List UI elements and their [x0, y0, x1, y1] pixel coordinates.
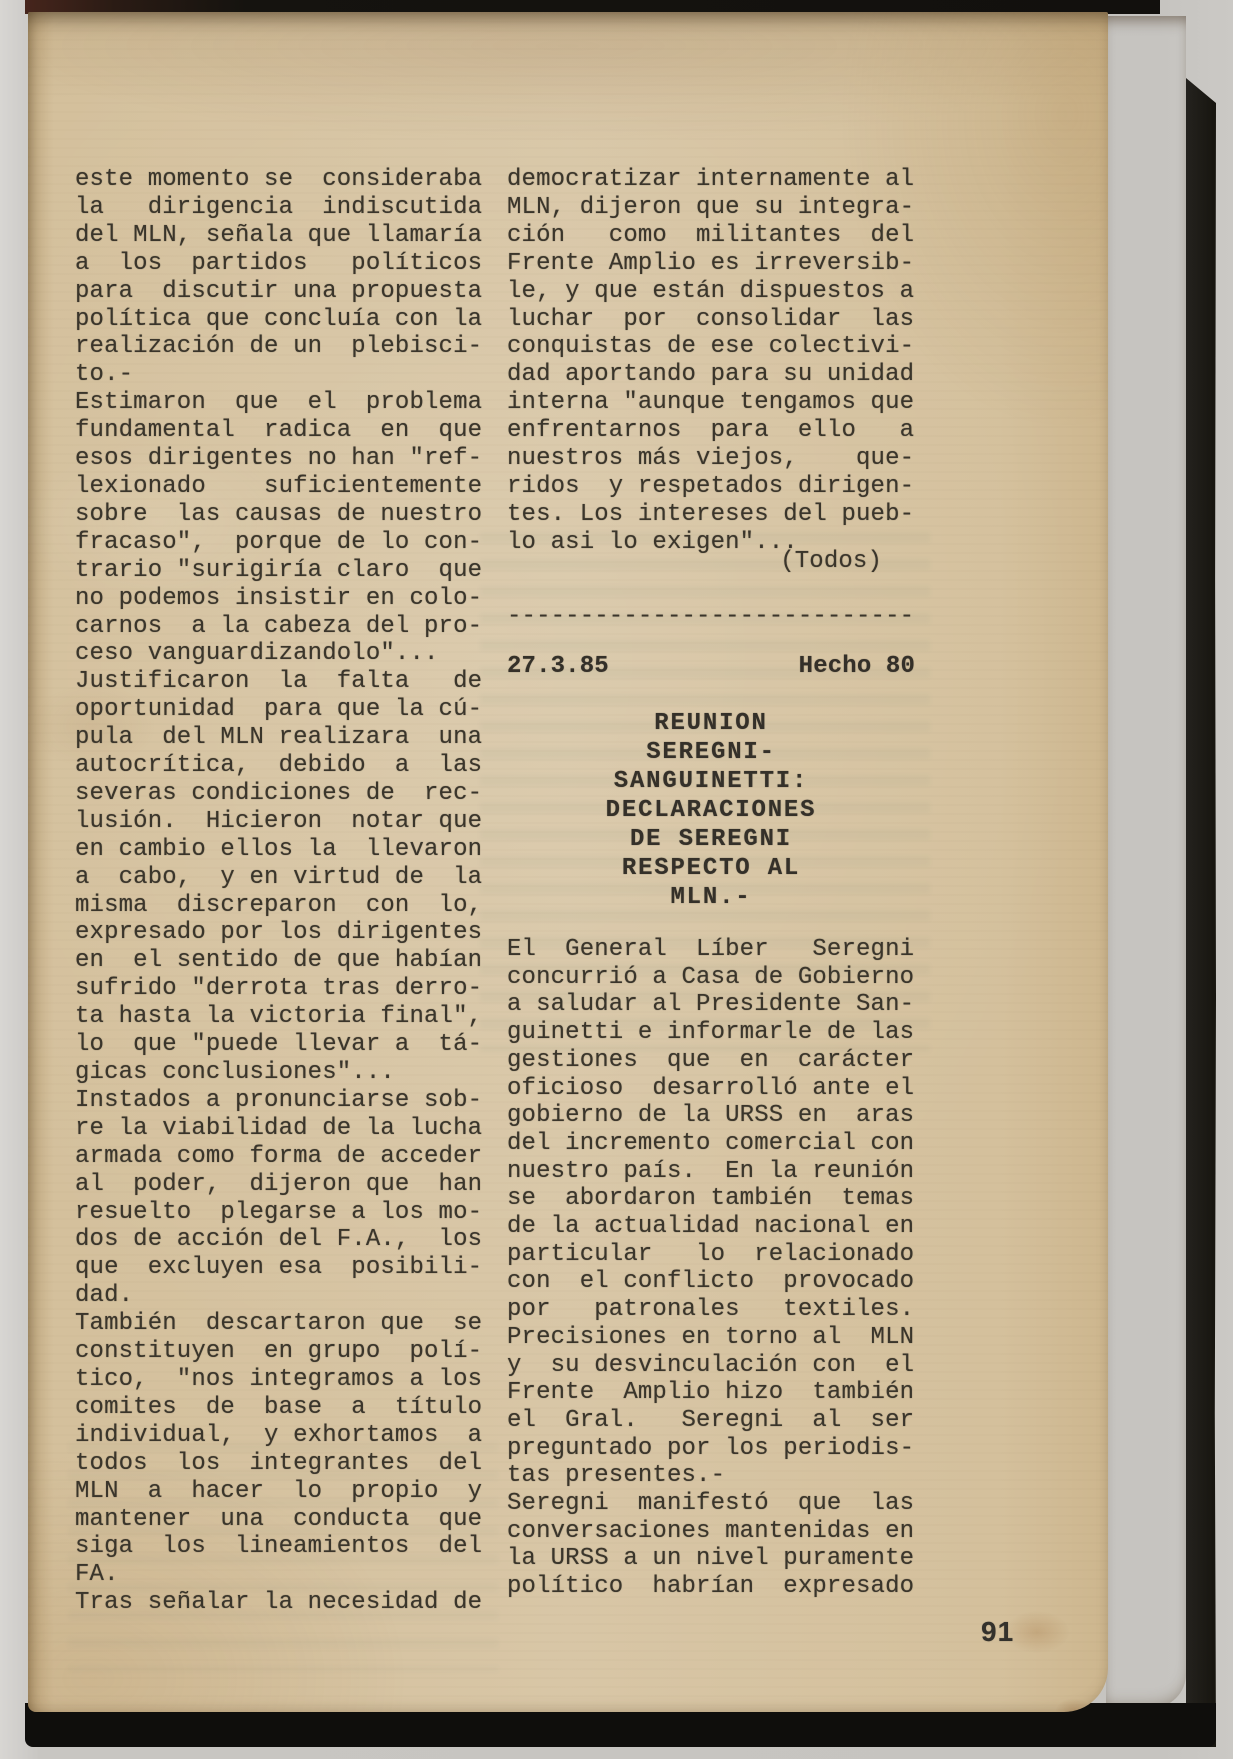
heading-line: MLN.- [507, 883, 915, 912]
typewritten-line: sufrido "derrota tras derro- [75, 975, 482, 1003]
typewritten-line: fundamental radica en que [75, 417, 482, 445]
scanner-bed-background: este momento se considerabala dirigencia… [0, 0, 1233, 1759]
book-page-edge-stack [1106, 16, 1186, 1708]
typewritten-line: la dirigencia indiscutida [75, 194, 482, 222]
typewritten-line: política que concluía con la [75, 306, 482, 334]
typewritten-line: MLN a hacer lo propio y [75, 1478, 482, 1506]
typewritten-line: tes. Los intereses del pueb- [507, 501, 914, 529]
typewritten-line: guinetti e informarle de las [507, 1019, 914, 1047]
entry-reference: Hecho 80 [799, 653, 915, 681]
heading-line: DECLARACIONES [507, 796, 915, 825]
typewritten-line: tico, "nos integramos a los [75, 1366, 482, 1394]
typewritten-line: esos dirigentes no han "ref- [75, 445, 482, 473]
typewritten-line: preguntado por los periodis- [507, 1435, 914, 1463]
typewritten-line: Frente Amplio hizo también [507, 1379, 914, 1407]
typewritten-line: a saludar al Presidente San- [507, 991, 914, 1019]
typewritten-line: ción como militantes del [507, 222, 914, 250]
typewritten-line: to.- [75, 361, 482, 389]
entry-date: 27.3.85 [507, 653, 609, 681]
typewritten-line: lo que "puede llevar a tá- [75, 1031, 482, 1059]
typewritten-line: la URSS a un nivel puramente [507, 1545, 914, 1573]
typewritten-line: gicas conclusiones"... [75, 1059, 482, 1087]
typewritten-line: Estimaron que el problema [75, 389, 482, 417]
typewritten-line: Frente Amplio es irreversib- [507, 250, 914, 278]
typewritten-line: ceso vanguardizandolo"... [75, 640, 482, 668]
typewritten-line: También descartaron que se [75, 1310, 482, 1338]
typewritten-line: gobierno de la URSS en aras [507, 1102, 914, 1130]
typewritten-line: lusión. Hicieron notar que [75, 808, 482, 836]
typewritten-line: El General Líber Seregni [507, 936, 914, 964]
dashed-separator: ---------------------------- [507, 603, 914, 631]
source-attribution: (Todos) [780, 548, 882, 576]
typewritten-line: Instados a pronunciarse sob- [75, 1087, 482, 1115]
typewritten-line: comites de base a título [75, 1394, 482, 1422]
typewritten-line: el Gral. Seregni al ser [507, 1407, 914, 1435]
typewritten-line: democratizar internamente al [507, 166, 914, 194]
typewritten-line: oficioso desarrolló ante el [507, 1075, 914, 1103]
page-number: 91 [981, 1616, 1014, 1648]
typewritten-line: mantener una conducta que [75, 1506, 482, 1534]
typewritten-line: sobre las causas de nuestro [75, 501, 482, 529]
heading-line: SEREGNI- [507, 738, 915, 767]
typewritten-line: para discutir una propuesta [75, 278, 482, 306]
heading-line: SANGUINETTI: [507, 767, 915, 796]
typewritten-line: al poder, dijeron que han [75, 1171, 482, 1199]
typewritten-line: todos los integrantes del [75, 1450, 482, 1478]
typewritten-line: conversaciones mantenidas en [507, 1518, 914, 1546]
typewritten-line: del MLN, señala que llamaría [75, 222, 482, 250]
typewritten-line: carnos a la cabeza del pro- [75, 613, 482, 641]
typewritten-line: del incremento comercial con [507, 1130, 914, 1158]
typewritten-line: particular lo relacionado [507, 1241, 914, 1269]
typewritten-line: expresado por los dirigentes [75, 919, 482, 947]
typewritten-line: este momento se consideraba [75, 166, 482, 194]
typewritten-line: nuestro país. En la reunión [507, 1158, 914, 1186]
typewritten-line: en cambio ellos la llevaron [75, 836, 482, 864]
typewritten-line: ta hasta la victoria final", [75, 1003, 482, 1031]
typewritten-line: autocrítica, debido a las [75, 752, 482, 780]
dateline: 27.3.85 Hecho 80 [507, 653, 915, 681]
document-page: este momento se considerabala dirigencia… [28, 12, 1108, 1712]
typewritten-line: a cabo, y en virtud de la [75, 864, 482, 892]
typewritten-line: dos de acción del F.A., los [75, 1226, 482, 1254]
typewritten-line: fracaso", porque de lo con- [75, 529, 482, 557]
typewritten-line: por patronales textiles. [507, 1296, 914, 1324]
typewritten-line: FA. [75, 1561, 482, 1589]
article-heading: REUNIONSEREGNI-SANGUINETTI:DECLARACIONES… [507, 709, 915, 912]
typewritten-line: Precisiones en torno al MLN [507, 1324, 914, 1352]
paragraph-seregni-sanguinetti: El General Líber Seregniconcurrió a Casa… [507, 936, 914, 1601]
typewritten-line: pula del MLN realizara una [75, 724, 482, 752]
typewritten-line: severas condiciones de rec- [75, 780, 482, 808]
typewritten-line: MLN, dijeron que su integra- [507, 194, 914, 222]
typewritten-line: le, y que están dispuestos a [507, 278, 914, 306]
typewritten-line: oportunidad para que la cú- [75, 696, 482, 724]
paragraph-mln-integration: democratizar internamente alMLN, dijeron… [507, 166, 914, 557]
typewritten-line: Justificaron la falta de [75, 668, 482, 696]
typewritten-line: siga los lineamientos del [75, 1533, 482, 1561]
heading-line: RESPECTO AL [507, 854, 915, 883]
typewritten-line: y su desvinculación con el [507, 1352, 914, 1380]
typewritten-line: no podemos insistir en colo- [75, 585, 482, 613]
typewritten-line: Tras señalar la necesidad de [75, 1589, 482, 1617]
typewritten-line: realización de un plebisci- [75, 333, 482, 361]
typewritten-line: armada como forma de acceder [75, 1143, 482, 1171]
scan-frame-right [1186, 78, 1216, 1747]
typewritten-line: con el conflicto provocado [507, 1268, 914, 1296]
typewritten-line: conquistas de ese colectivi- [507, 333, 914, 361]
typewritten-line: tas presentes.- [507, 1462, 914, 1490]
typewritten-line: gestiones que en carácter [507, 1047, 914, 1075]
typewritten-line: político habrían expresado [507, 1573, 914, 1601]
typewritten-line: trario "surigiría claro que [75, 557, 482, 585]
typewritten-line: re la viabilidad de la lucha [75, 1115, 482, 1143]
typewritten-line: individual, y exhortamos a [75, 1422, 482, 1450]
heading-line: DE SEREGNI [507, 825, 915, 854]
typewritten-line: a los partidos políticos [75, 250, 482, 278]
typewritten-line: misma discreparon con lo, [75, 892, 482, 920]
typewritten-line: resuelto plegarse a los mo- [75, 1199, 482, 1227]
typewritten-line: dad aportando para su unidad [507, 361, 914, 389]
typewritten-line: Seregni manifestó que las [507, 1490, 914, 1518]
typewritten-line: dad. [75, 1282, 482, 1310]
typewritten-line: enfrentarnos para ello a [507, 417, 914, 445]
right-text-column: democratizar internamente alMLN, dijeron… [507, 166, 915, 1636]
typewritten-line: concurrió a Casa de Gobierno [507, 964, 914, 992]
typewritten-line: se abordaron también temas [507, 1185, 914, 1213]
typewritten-line: ridos y respetados dirigen- [507, 473, 914, 501]
typewritten-line: luchar por consolidar las [507, 306, 914, 334]
typewritten-line: nuestros más viejos, que- [507, 445, 914, 473]
heading-line: REUNION [507, 709, 915, 738]
typewritten-line: constituyen en grupo polí- [75, 1338, 482, 1366]
typewritten-line: lexionado suficientemente [75, 473, 482, 501]
typewritten-line: interna "aunque tengamos que [507, 389, 914, 417]
typewritten-line: de la actualidad nacional en [507, 1213, 914, 1241]
typewritten-line: que excluyen esa posibili- [75, 1254, 482, 1282]
typewritten-line: en el sentido de que habían [75, 947, 482, 975]
left-text-column: este momento se considerabala dirigencia… [75, 166, 482, 1617]
